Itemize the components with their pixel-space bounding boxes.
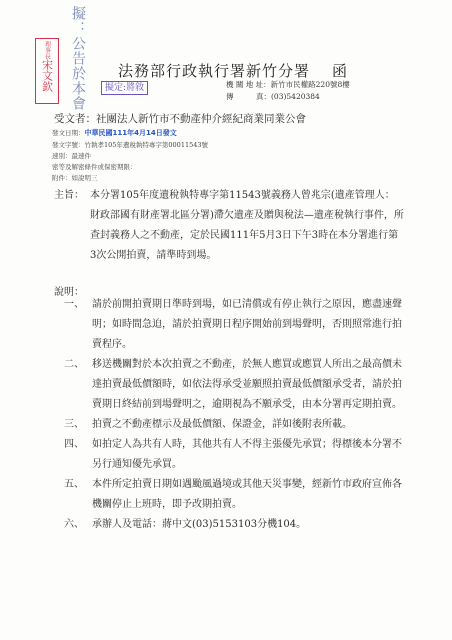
posting-stamp: 擬：公告於本會 (70, 6, 86, 111)
recipient-value: 社團法人新竹市不動產仲介經紀商業同業公會 (96, 113, 306, 125)
chairman-seal-stamp: 理事長 宋文欽 (35, 38, 59, 104)
item-text: 承辦人及電話：蔣中文(03)5153103分機104。 (92, 515, 404, 535)
speed-value: 最速件 (72, 152, 92, 160)
list-item: 五、 本件所定拍賣日期如遇颱風過境或其他天災事變，經新竹市政府宣佈各機關停止上班… (64, 475, 404, 515)
item-text: 如拍定人為共有人時，其他共有人不得主張優先承買；得標後本分署不另行通知優先承買。 (92, 435, 404, 475)
list-item: 一、 請於前開拍賣期日準時到場，如已清償或有停止執行之原因，應盡速聲明；如時間急… (64, 295, 404, 355)
speed-line: 速別：最速件 (52, 151, 91, 160)
secrecy-line: 密等及解密條件或保密期限： (52, 162, 137, 171)
agency-title: 法務部行政執行署新竹分署 (118, 62, 310, 80)
doc-number-label: 發文字號 (52, 141, 78, 149)
explanation-list: 一、 請於前開拍賣期日準時到場，如已清償或有停止執行之原因，應盡速聲明；如時間急… (64, 295, 404, 535)
chairman-role: 理事長 (44, 41, 51, 59)
list-item: 三、 拍賣之不動產標示及最低價額、保證金，詳如後附表所載。 (64, 415, 404, 435)
doc-number-value: 竹執孝105年遺稅執特專字第00011543號 (85, 141, 209, 149)
item-number: 二、 (64, 355, 84, 375)
item-text: 拍賣之不動產標示及最低價額、保證金，詳如後附表所載。 (92, 415, 404, 435)
date-value: 中華民國111年4月14日發文 (85, 129, 177, 137)
date-label: 發文日期 (52, 129, 78, 137)
speed-label: 速別 (52, 152, 65, 160)
fax-label: 傳 真 (226, 92, 264, 101)
recipient-line: 受文者：社團法人新竹市不動產仲介經紀商業同業公會 (54, 111, 306, 126)
doc-number-line: 發文字號：竹執孝105年遺稅執特專字第00011543號 (52, 140, 208, 149)
subject-label: 主旨： (54, 186, 84, 206)
chairman-name: 宋文欽 (41, 59, 54, 92)
recipient-label: 受文者 (54, 113, 86, 125)
address-value: 新竹市民權路220號8樓 (271, 80, 350, 89)
fax-value: (03)5420384 (271, 92, 320, 101)
agency-contact: 機 關 地 址：新竹市民權路220號8樓 傳 真：(03)5420384 (226, 79, 350, 103)
item-text: 移送機關對於本次拍賣之不動產，於無人應買或應買人所出之最高價未達拍賣最低價額時，… (92, 355, 404, 415)
document-type: 函 (332, 62, 348, 80)
attachment-label: 附件 (52, 174, 65, 182)
secrecy-label: 密等及解密條件或保密期限 (52, 163, 130, 171)
document-header: 法務部行政執行署新竹分署函 (118, 60, 348, 81)
subject-section: 主旨： 本分署105年度遺稅執特專字第11543號義務人曾兆宗(遺產管理人：財政… (54, 186, 404, 266)
list-item: 二、 移送機關對於本次拍賣之不動產，於無人應買或應買人所出之最高價未達拍賣最低價… (64, 355, 404, 415)
item-text: 請於前開拍賣期日準時到場，如已清償或有停止執行之原因，應盡速聲明；如時間急迫，請… (92, 295, 404, 355)
item-number: 一、 (64, 295, 84, 315)
draft-stamp: 擬定:將敘 (101, 81, 148, 95)
attachment-line: 附件：如說明三 (52, 173, 98, 182)
item-number: 六、 (64, 515, 84, 535)
item-number: 三、 (64, 415, 84, 435)
attachment-value: 如說明三 (72, 174, 98, 182)
date-line: 發文日期：中華民國111年4月14日發文 (52, 128, 177, 138)
list-item: 六、 承辦人及電話：蔣中文(03)5153103分機104。 (64, 515, 404, 535)
list-item: 四、 如拍定人為共有人時，其他共有人不得主張優先承買；得標後本分署不另行通知優先… (64, 435, 404, 475)
item-text: 本件所定拍賣日期如遇颱風過境或其他天災事變，經新竹市政府宣佈各機關停止上班時，即… (92, 475, 404, 515)
subject-text: 本分署105年度遺稅執特專字第11543號義務人曾兆宗(遺產管理人：財政部國有財… (90, 186, 404, 266)
address-label: 機 關 地 址 (226, 80, 263, 89)
item-number: 四、 (64, 435, 84, 455)
item-number: 五、 (64, 475, 84, 495)
